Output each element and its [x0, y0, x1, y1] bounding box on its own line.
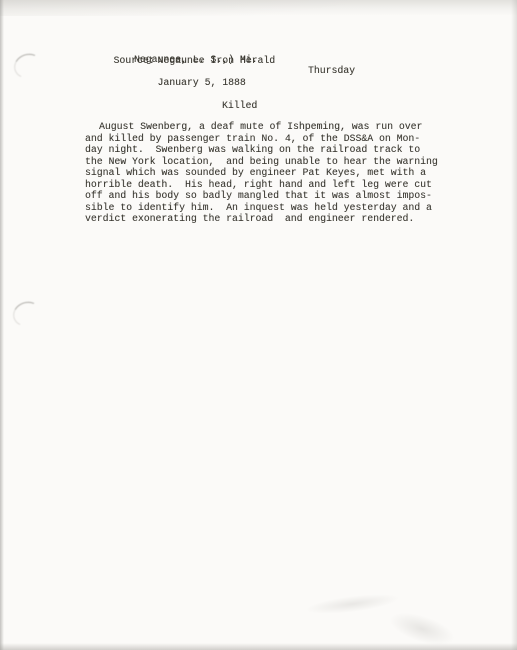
publication-weekday: Thursday [308, 65, 355, 77]
scan-smudge-bottom-left [304, 590, 400, 617]
publication-date: January 5, 1888 [158, 77, 246, 88]
scan-edge-shadow-top [0, 0, 517, 16]
body-line: off and his body so badly mangled that i… [85, 190, 438, 202]
body-line: and killed by passenger train No. 4, of … [85, 133, 438, 145]
scan-edge-shadow-bottom [0, 643, 517, 650]
body-line: sible to identify him. An inquest was he… [85, 202, 438, 214]
body-line: verdict exonerating the railroad and eng… [85, 213, 438, 225]
publication-location: Negaunee, L. S.,) Mi. [134, 54, 257, 66]
scanned-document-page: Source:Negaunee Iron Herald Negaunee, L.… [0, 0, 517, 650]
scan-edge-shadow-right [511, 0, 517, 650]
body-line: the New York location, and being unable … [85, 156, 438, 168]
body-line: signal which was sounded by engineer Pat… [85, 167, 438, 179]
body-line: August Swenberg, a deaf mute of Ishpemin… [85, 121, 438, 133]
body-line: day night. Swenberg was walking on the r… [85, 144, 438, 156]
scan-artifact-arc-middle [10, 298, 44, 329]
body-line: horrible death. His head, right hand and… [85, 179, 438, 191]
scan-edge-shadow-left [0, 0, 4, 650]
article-body: August Swenberg, a deaf mute of Ishpemin… [85, 121, 438, 225]
scan-artifact-arc-top [11, 50, 45, 81]
date-row: January 5, 1888 Thursday [134, 65, 434, 111]
article-title: Killed [222, 100, 257, 112]
